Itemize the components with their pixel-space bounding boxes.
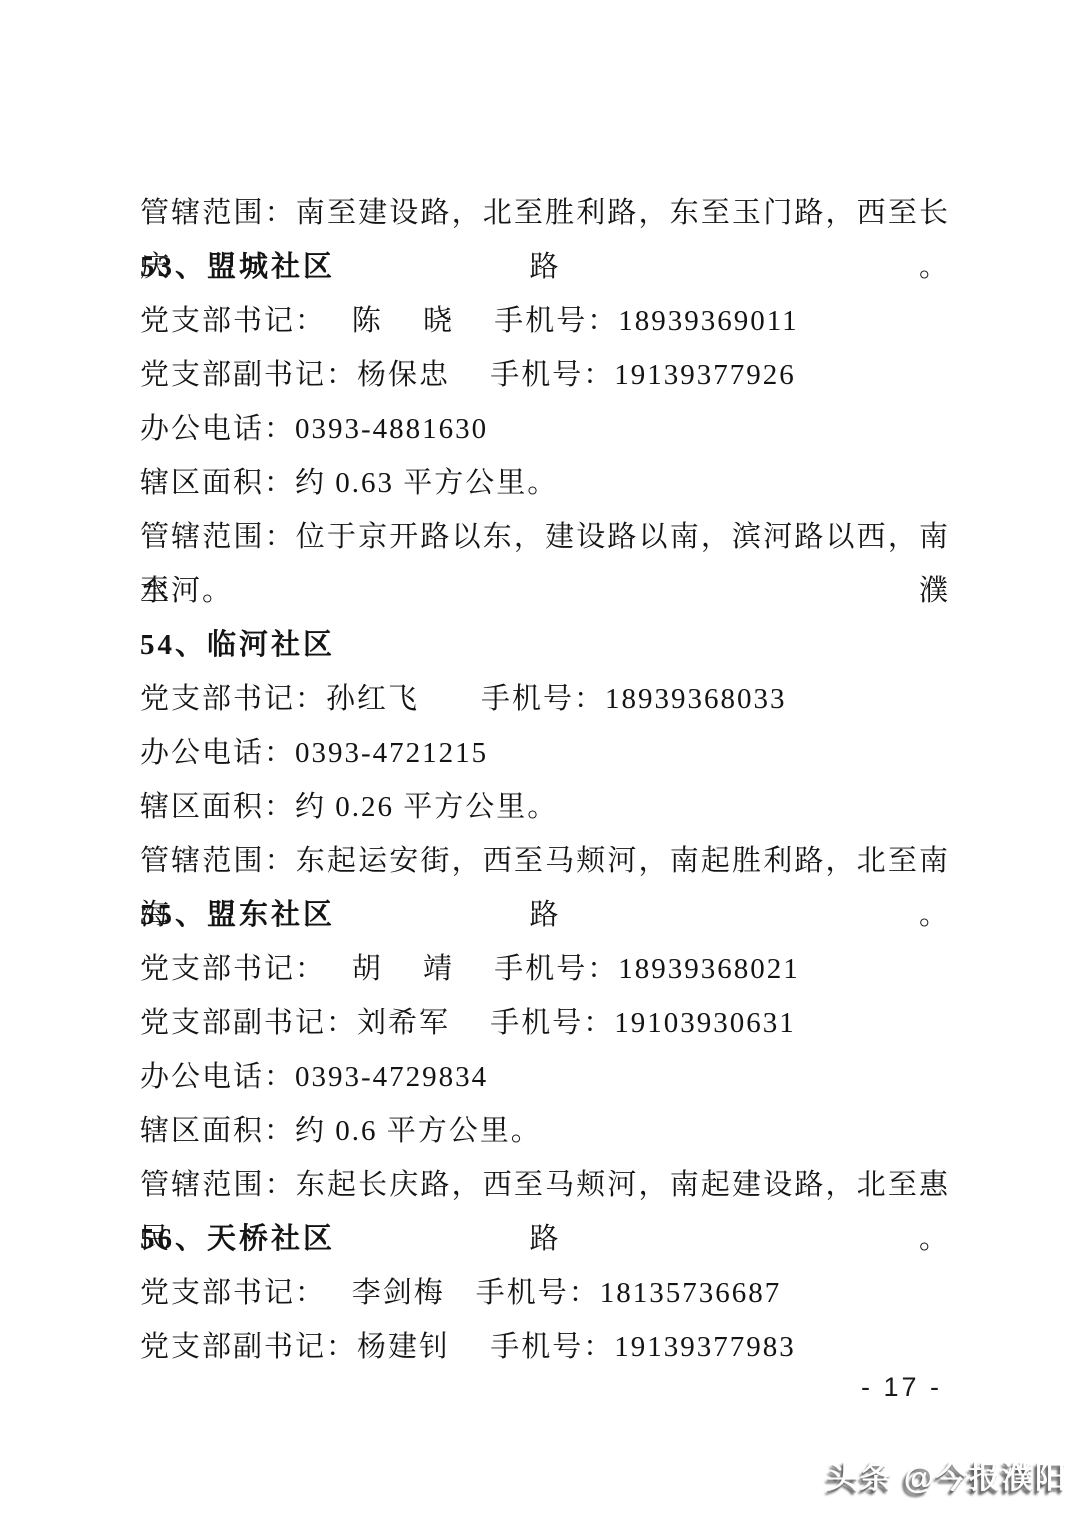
section-55-area-line: 辖区面积：约 0.6 平方公里。 [140, 1104, 950, 1158]
section-53-office-phone-line: 办公电话：0393-4881630 [140, 402, 950, 456]
document-body: 管辖范围：南至建设路，北至胜利路，东至玉门路，西至长庆路。 53、盟城社区 党支… [140, 186, 950, 1374]
section-55-secretary-line: 党支部书记： 胡 靖 手机号：18939368021 [140, 942, 950, 996]
section-55-deputy-line: 党支部副书记：刘希军 手机号：19103930631 [140, 996, 950, 1050]
section-53-area-line: 辖区面积：约 0.63 平方公里。 [140, 456, 950, 510]
section-54-scope-line: 管辖范围：东起运安街，西至马颊河，南起胜利路，北至南海路。 [140, 834, 950, 888]
section-54-secretary-line: 党支部书记：孙红飞 手机号：18939368033 [140, 672, 950, 726]
section-56-deputy-line: 党支部副书记：杨建钊 手机号：19139377983 [140, 1320, 950, 1374]
section-55-office-phone-line: 办公电话：0393-4729834 [140, 1050, 950, 1104]
page-number: - 17 - [0, 1372, 1080, 1403]
section-54-heading: 54、临河社区 [140, 618, 950, 672]
section-53-scope-line-1: 管辖范围：位于京开路以东，建设路以南，滨河路以西，南至濮 [140, 510, 950, 564]
section-53-secretary-line: 党支部书记： 陈 晓 手机号：18939369011 [140, 294, 950, 348]
section-54-area-line: 辖区面积：约 0.26 平方公里。 [140, 780, 950, 834]
scope-continuation-line: 管辖范围：南至建设路，北至胜利路，东至玉门路，西至长庆路。 [140, 186, 950, 240]
section-56-secretary-line: 党支部书记： 李剑梅 手机号：18135736687 [140, 1266, 950, 1320]
section-54-office-phone-line: 办公电话：0393-4721215 [140, 726, 950, 780]
section-55-scope-line: 管辖范围：东起长庆路，西至马颊河，南起建设路，北至惠民路。 [140, 1158, 950, 1212]
document-page: 管辖范围：南至建设路，北至胜利路，东至玉门路，西至长庆路。 53、盟城社区 党支… [0, 0, 1080, 1527]
section-53-deputy-line: 党支部副书记：杨保忠 手机号：19139377926 [140, 348, 950, 402]
toutiao-watermark: 头条 @今报濮阳 [827, 1452, 1068, 1497]
